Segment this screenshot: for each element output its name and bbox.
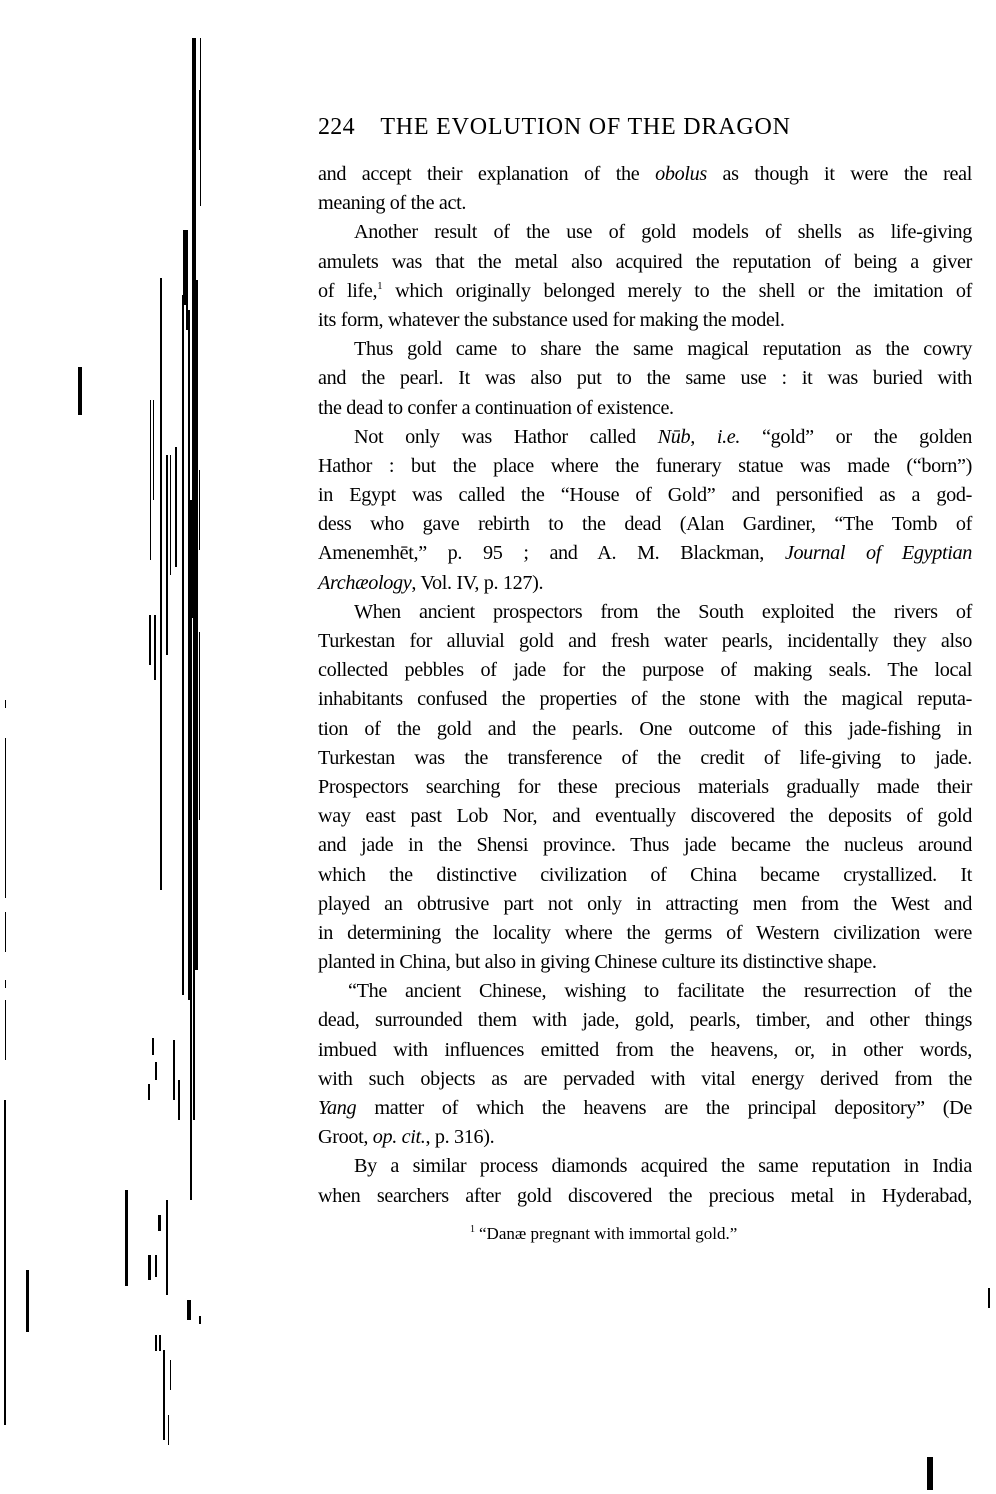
scan-streak [161,278,162,698]
scan-streak [195,280,198,970]
italic-text: Nūb, i.e. [658,426,740,448]
text-line: and jade in the Shensi province. Thus ja… [318,831,972,860]
scan-streak [200,38,201,206]
line-text: Groot, [318,1126,373,1148]
scan-streak [4,1100,6,1425]
text-line: Prospectors searching for these precious… [318,773,972,802]
text-line: amulets was that the metal also acquired… [318,248,972,277]
text-line: Yang matter of which the heavens are the… [318,1094,972,1123]
scan-streak [168,1415,169,1445]
scan-streak [5,1000,6,1060]
line-text: When ancient prospectors from the South … [354,601,972,623]
italic-text: Journal of Egyptian [785,542,972,564]
line-text: its form, whatever the substance used fo… [318,309,785,331]
text-line: when searchers after gold discovered the… [318,1182,972,1211]
line-text: Amenemhēt,” p. 95 ; and A. M. Blackman, [318,542,785,564]
scan-streak [199,1316,201,1324]
italic-text: Archæology [318,572,411,594]
line-text: matter of which the heavens are the prin… [356,1097,972,1119]
line-text: Thus gold came to share the same magical… [354,338,972,360]
line-text: as though it were the real [707,163,972,185]
line-text: of life, [318,280,377,302]
text-line: and the pearl. It was also put to the sa… [318,364,972,393]
line-text: “The ancient Chinese, wishing to facilit… [348,980,972,1002]
scan-streak [193,500,195,1120]
text-line: tion of the gold and the pearls. One out… [318,715,972,744]
scan-streak [187,1300,191,1320]
line-text: the dead to confer a continuation of exi… [318,397,674,419]
text-line: meaning of the act. [318,189,972,218]
text-line: By a similar process diamonds acquired t… [318,1152,972,1181]
footnote-marker: 1 [470,1224,475,1235]
scan-streak [5,980,6,988]
line-text: dess who gave rebirth to the dead (Alan … [318,513,972,535]
line-text: which the distinctive civilization of Ch… [318,864,972,886]
text-line: Another result of the use of gold models… [318,218,972,247]
line-text: which originally belonged merely to the … [382,280,972,302]
text-line: of life,1 which originally belonged mere… [318,277,972,306]
line-text: collected pebbles of jade for the purpos… [318,659,972,681]
text-line: When ancient prospectors from the South … [318,598,972,627]
footnote-text: “Danæ pregnant with immortal gold.” [479,1224,737,1243]
line-text: and jade in the Shensi province. Thus ja… [318,834,972,856]
text-line: Hathor : but the place where the funerar… [318,452,972,481]
text-line: way east past Lob Nor, and eventually di… [318,802,972,831]
line-text: Hathor : but the place where the funerar… [318,455,972,477]
line-text: Turkestan was the transference of the cr… [318,747,972,769]
scan-streak [178,1080,180,1120]
text-line: planted in China, but also in giving Chi… [318,948,972,977]
text-line: in determining the locality where the ge… [318,919,972,948]
text-line: which the distinctive civilization of Ch… [318,861,972,890]
line-text: played an obtrusive part not only in att… [318,893,972,915]
page-number: 224 [318,110,374,144]
text-line: inhabitants confused the properties of t… [318,685,972,714]
text-line: “The ancient Chinese, wishing to facilit… [318,977,972,1006]
text-line: and accept their explanation of the obol… [318,160,972,189]
scan-streak [153,400,154,500]
scan-streak [152,1038,154,1055]
line-text: Turkestan for alluvial gold and fresh wa… [318,630,972,652]
body-text: and accept their explanation of the obol… [318,160,972,1211]
text-line: Turkestan was the transference of the cr… [318,744,972,773]
line-text: dead, surrounded them with jade, gold, p… [318,1009,972,1031]
text-line: dead, surrounded them with jade, gold, p… [318,1006,972,1035]
line-text: in Egypt was called the “House of Gold” … [318,484,972,506]
running-title: THE EVOLUTION OF THE DRAGON [380,110,790,144]
scan-streak [159,1335,161,1351]
line-text: way east past Lob Nor, and eventually di… [318,805,972,827]
line-text: “gold” or the golden [740,426,972,448]
text-line: dess who gave rebirth to the dead (Alan … [318,510,972,539]
scan-streak [125,1190,128,1286]
italic-text: obolus [655,163,707,185]
scan-streak [148,1084,150,1100]
scan-streak [158,1215,161,1231]
line-text: when searchers after gold discovered the… [318,1185,972,1207]
scan-streak [160,730,162,890]
scan-streak [155,1335,157,1351]
text-line: Turkestan for alluvial gold and fresh wa… [318,627,972,656]
line-text: amulets was that the metal also acquired… [318,251,972,273]
line-text: with such objects as are pervaded with v… [318,1068,972,1090]
scan-streak [199,700,200,820]
scan-streak [149,615,151,665]
scan-streak [155,1255,157,1277]
scan-streak [199,90,200,150]
line-text: and the pearl. It was also put to the sa… [318,367,972,389]
line-text: in determining the locality where the ge… [318,922,972,944]
text-line: with such objects as are pervaded with v… [318,1065,972,1094]
scan-streak [5,700,6,708]
scan-streak [170,1360,171,1390]
text-line: Not only was Hathor called Nūb, i.e. “go… [318,423,972,452]
line-text: , Vol. IV, p. 127). [411,572,543,594]
scan-streak [199,470,200,550]
line-text: Not only was Hathor called [354,426,658,448]
scan-streak [150,400,151,560]
text-line: Groot, op. cit., p. 316). [318,1123,972,1152]
text-line: collected pebbles of jade for the purpos… [318,656,972,685]
line-text: planted in China, but also in giving Chi… [318,951,877,973]
line-text: Prospectors searching for these precious… [318,776,972,798]
scan-streak [988,1288,990,1308]
scan-streak [5,738,6,898]
line-text: Another result of the use of gold models… [354,221,972,243]
text-line: Archæology, Vol. IV, p. 127). [318,569,972,598]
line-text: , p. 316). [425,1126,494,1148]
italic-text: op. cit. [373,1126,426,1148]
text-line: Thus gold came to share the same magical… [318,335,972,364]
scan-streak [190,500,192,1200]
line-text: and accept their explanation of the [318,163,655,185]
italic-text: Yang [318,1097,356,1119]
running-header: 224 THE EVOLUTION OF THE DRAGON [318,110,978,144]
scan-streak [5,912,6,952]
line-text: meaning of the act. [318,192,466,214]
scan-streak [78,367,82,415]
text-line: imbued with influences emitted from the … [318,1036,972,1065]
text-line: its form, whatever the substance used fo… [318,306,972,335]
scan-streak [166,455,168,655]
scan-streak [166,1200,168,1295]
scan-streak [154,615,156,680]
scan-streak [163,1350,165,1440]
text-line: the dead to confer a continuation of exi… [318,394,972,423]
line-text: inhabitants confused the properties of t… [318,688,972,710]
scan-streak [175,447,177,567]
scan-streak [182,295,184,995]
footnote: 1“Danæ pregnant with immortal gold.” [470,1222,737,1246]
scan-streak [148,1255,151,1280]
scan-streak [155,1062,157,1080]
scan-streak [173,1040,175,1100]
line-text: tion of the gold and the pearls. One out… [318,718,972,740]
line-text: imbued with influences emitted from the … [318,1039,972,1061]
text-line: in Egypt was called the “House of Gold” … [318,481,972,510]
text-line: played an obtrusive part not only in att… [318,890,972,919]
text-line: Amenemhēt,” p. 95 ; and A. M. Blackman, … [318,539,972,568]
scan-streak [927,1457,933,1490]
scan-streak [26,1270,29,1332]
scan-streak [170,455,171,575]
line-text: By a similar process diamonds acquired t… [354,1155,972,1177]
